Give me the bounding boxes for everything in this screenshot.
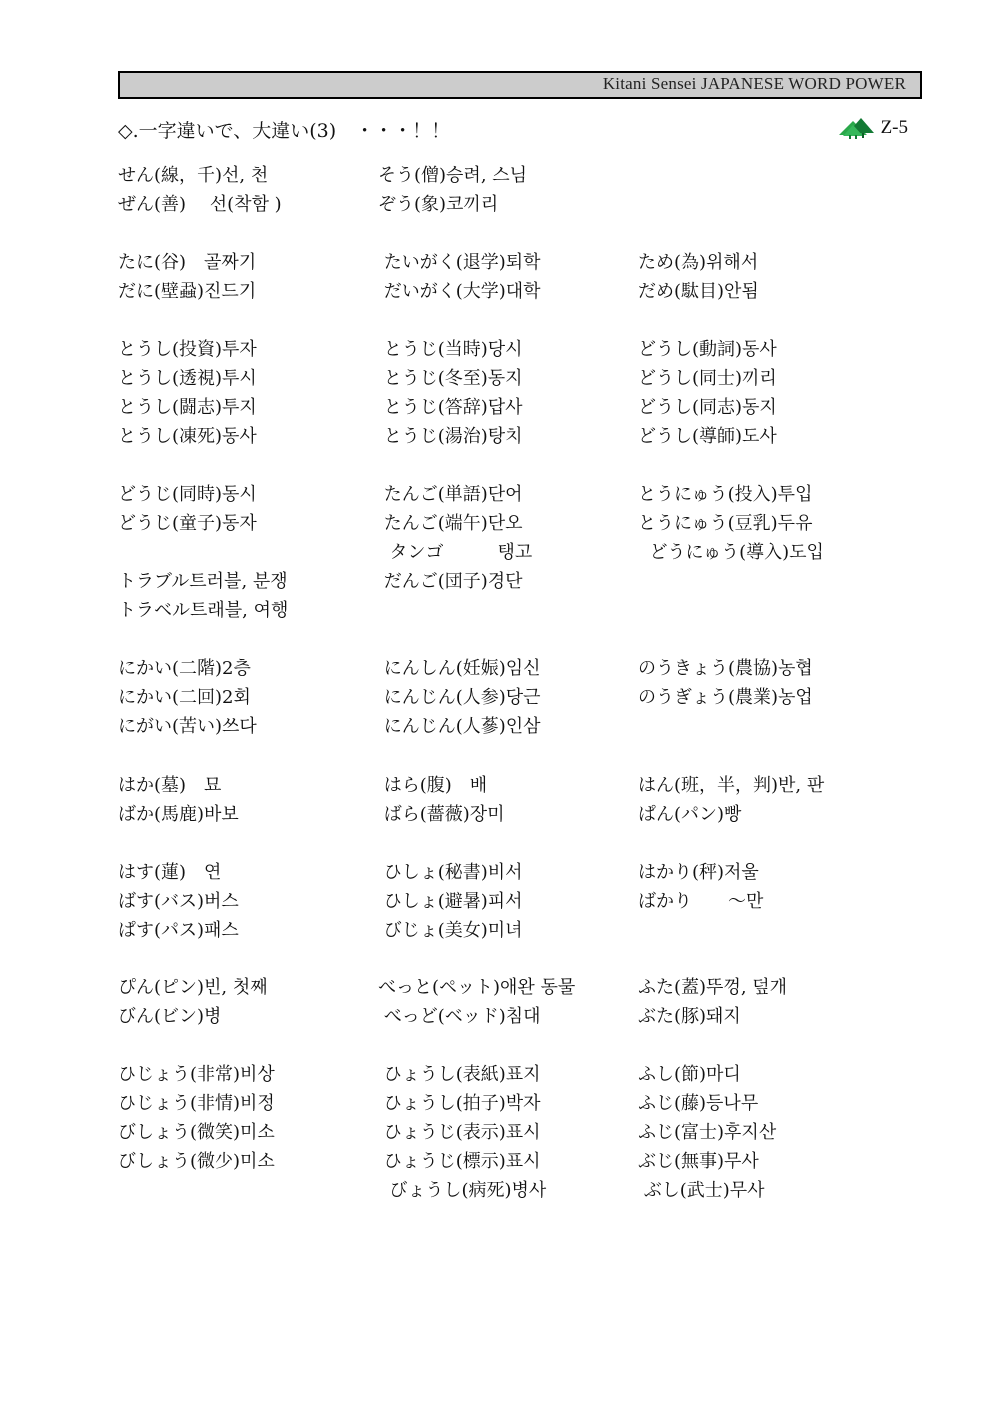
vocab-entry: ふじ(富士)후지산 bbox=[638, 1122, 776, 1144]
vocab-entry: にがい(苦い)쓰다 bbox=[118, 716, 257, 738]
vocab-entry: どうじ(同時)동시 bbox=[118, 484, 257, 506]
header-bar: Kitani Sensei JAPANESE WORD POWER bbox=[118, 71, 922, 99]
vocab-entry: はかり(秤)저울 bbox=[638, 862, 759, 884]
vocab-entry: ばか(馬鹿)바보 bbox=[118, 804, 239, 826]
tree-icon bbox=[839, 117, 875, 139]
vocab-entry: どうじ(童子)동자 bbox=[118, 513, 257, 535]
vocab-entry: はら(腹) 배 bbox=[378, 775, 487, 797]
section-title-row: ◇.一字違いで、大違い(3) ・・・！！ Z-5 bbox=[118, 116, 908, 144]
vocab-entry: のうぎょう(農業)농업 bbox=[638, 687, 813, 709]
vocab-entry: どうにゅう(導入)도입 bbox=[638, 542, 824, 564]
vocab-entry: ひょうじ(標示)표시 bbox=[378, 1151, 541, 1173]
vocab-entry: とうし(透視)투시 bbox=[118, 368, 257, 390]
page-id: Z-5 bbox=[839, 117, 908, 139]
vocab-entry: とうし(投資)투자 bbox=[118, 339, 257, 361]
vocab-entry: とうにゅう(投入)투입 bbox=[638, 484, 812, 506]
vocab-entry: びん(ビン)병 bbox=[118, 1006, 221, 1028]
vocab-entry: ふし(節)마디 bbox=[638, 1064, 741, 1086]
page-id-label: Z-5 bbox=[881, 117, 908, 139]
vocab-entry: ぶた(豚)돼지 bbox=[638, 1006, 741, 1028]
vocab-entry: たんご(単語)단어 bbox=[378, 484, 523, 506]
vocab-entry: びょうし(病死)병사 bbox=[378, 1180, 546, 1202]
vocab-entry: にかい(二階)2층 bbox=[118, 658, 251, 680]
section-title: ◇.一字違いで、大違い(3) ・・・！！ bbox=[118, 116, 450, 143]
vocab-entry: せん(線，千)선, 천 bbox=[118, 165, 268, 187]
vocab-entry: ぶし(武士)무사 bbox=[638, 1180, 765, 1202]
vocab-entry: ばら(薔薇)장미 bbox=[378, 804, 505, 826]
vocab-entry: ぞう(象)코끼리 bbox=[378, 194, 498, 216]
vocab-entry: はん(班，半，判)반, 판 bbox=[638, 775, 824, 797]
vocab-entry: びしょう(微笑)미소 bbox=[118, 1122, 275, 1144]
vocab-entry: ぜん(善) 선(착함 ) bbox=[118, 194, 282, 216]
vocab-entry: ひょうし(表紙)표지 bbox=[378, 1064, 541, 1086]
vocab-entry: とうし(闘志)투지 bbox=[118, 397, 257, 419]
vocab-entry: ぶじ(無事)무사 bbox=[638, 1151, 759, 1173]
vocab-entry: トラベル트래블, 여행 bbox=[118, 600, 288, 622]
vocab-entry: ひじょう(非情)비정 bbox=[118, 1093, 275, 1115]
vocab-entry: だんご(団子)경단 bbox=[378, 571, 523, 593]
vocab-entry: べっど(ベッド)침대 bbox=[378, 1006, 541, 1028]
vocab-entry: とうじ(湯治)탕치 bbox=[378, 426, 523, 448]
vocab-entry: ひしょ(秘書)비서 bbox=[378, 862, 523, 884]
vocab-entry: とうじ(冬至)동지 bbox=[378, 368, 523, 390]
vocab-entry: とうし(凍死)동사 bbox=[118, 426, 257, 448]
vocab-entry: べっと(ペット)애완 동물 bbox=[378, 977, 575, 999]
vocab-entry: だいがく(大学)대학 bbox=[378, 281, 541, 303]
vocab-entry: だに(壁蝨)진드기 bbox=[118, 281, 256, 303]
header-title: Kitani Sensei JAPANESE WORD POWER bbox=[603, 74, 906, 94]
vocab-entry: ふじ(藤)등나무 bbox=[638, 1093, 758, 1115]
vocab-entry: ふた(蓋)뚜껑, 덮개 bbox=[638, 977, 787, 999]
vocab-entry: びじょ(美女)미녀 bbox=[378, 920, 523, 942]
vocab-entry: ひしょ(避暑)피서 bbox=[378, 891, 523, 913]
vocab-entry: とうにゅう(豆乳)두유 bbox=[638, 513, 812, 535]
vocab-entry: のうきょう(農協)농협 bbox=[638, 658, 813, 680]
vocab-entry: たいがく(退学)퇴학 bbox=[378, 252, 541, 274]
vocab-entry: どうし(導師)도사 bbox=[638, 426, 777, 448]
vocab-entry: たんご(端午)단오 bbox=[378, 513, 523, 535]
vocab-entry: だめ(駄目)안됨 bbox=[638, 281, 759, 303]
vocab-entry: ばかり ～만 bbox=[638, 891, 763, 913]
vocab-entry: ひょうし(拍子)박자 bbox=[378, 1093, 541, 1115]
vocab-entry: にかい(二回)2회 bbox=[118, 687, 251, 709]
vocab-entry: はか(墓) 묘 bbox=[118, 775, 221, 797]
vocab-entry: にんじん(人蔘)인삼 bbox=[378, 716, 541, 738]
vocab-entry: たに(谷) 골짜기 bbox=[118, 252, 256, 274]
vocab-entry: とうじ(当時)당시 bbox=[378, 339, 523, 361]
vocab-entry: ぱす(パス)패스 bbox=[118, 920, 239, 942]
vocab-entry: そう(僧)승려, 스님 bbox=[378, 165, 527, 187]
vocab-entry: どうし(同士)끼리 bbox=[638, 368, 777, 390]
vocab-entry: はす(蓮) 연 bbox=[118, 862, 221, 884]
vocab-entry: びしょう(微少)미소 bbox=[118, 1151, 275, 1173]
vocab-entry: タンゴ 탱고 bbox=[378, 542, 532, 564]
vocab-entry: ばす(バス)버스 bbox=[118, 891, 239, 913]
vocab-entry: どうし(動詞)동사 bbox=[638, 339, 777, 361]
vocab-entry: ため(為)위해서 bbox=[638, 252, 758, 274]
vocab-entry: ぴん(ピン)빈, 첫째 bbox=[118, 977, 268, 999]
vocab-entry: どうし(同志)동지 bbox=[638, 397, 777, 419]
vocab-entry: ぱん(パン)빵 bbox=[638, 804, 741, 826]
vocab-entry: とうじ(答辞)답사 bbox=[378, 397, 523, 419]
vocab-entry: にんじん(人参)당근 bbox=[378, 687, 541, 709]
vocab-entry: トラブル트러블, 분쟁 bbox=[118, 571, 288, 593]
vocab-entry: ひょうじ(表示)표시 bbox=[378, 1122, 541, 1144]
vocab-entry: ひじょう(非常)비상 bbox=[118, 1064, 275, 1086]
vocab-entry: にんしん(妊娠)임신 bbox=[378, 658, 541, 680]
